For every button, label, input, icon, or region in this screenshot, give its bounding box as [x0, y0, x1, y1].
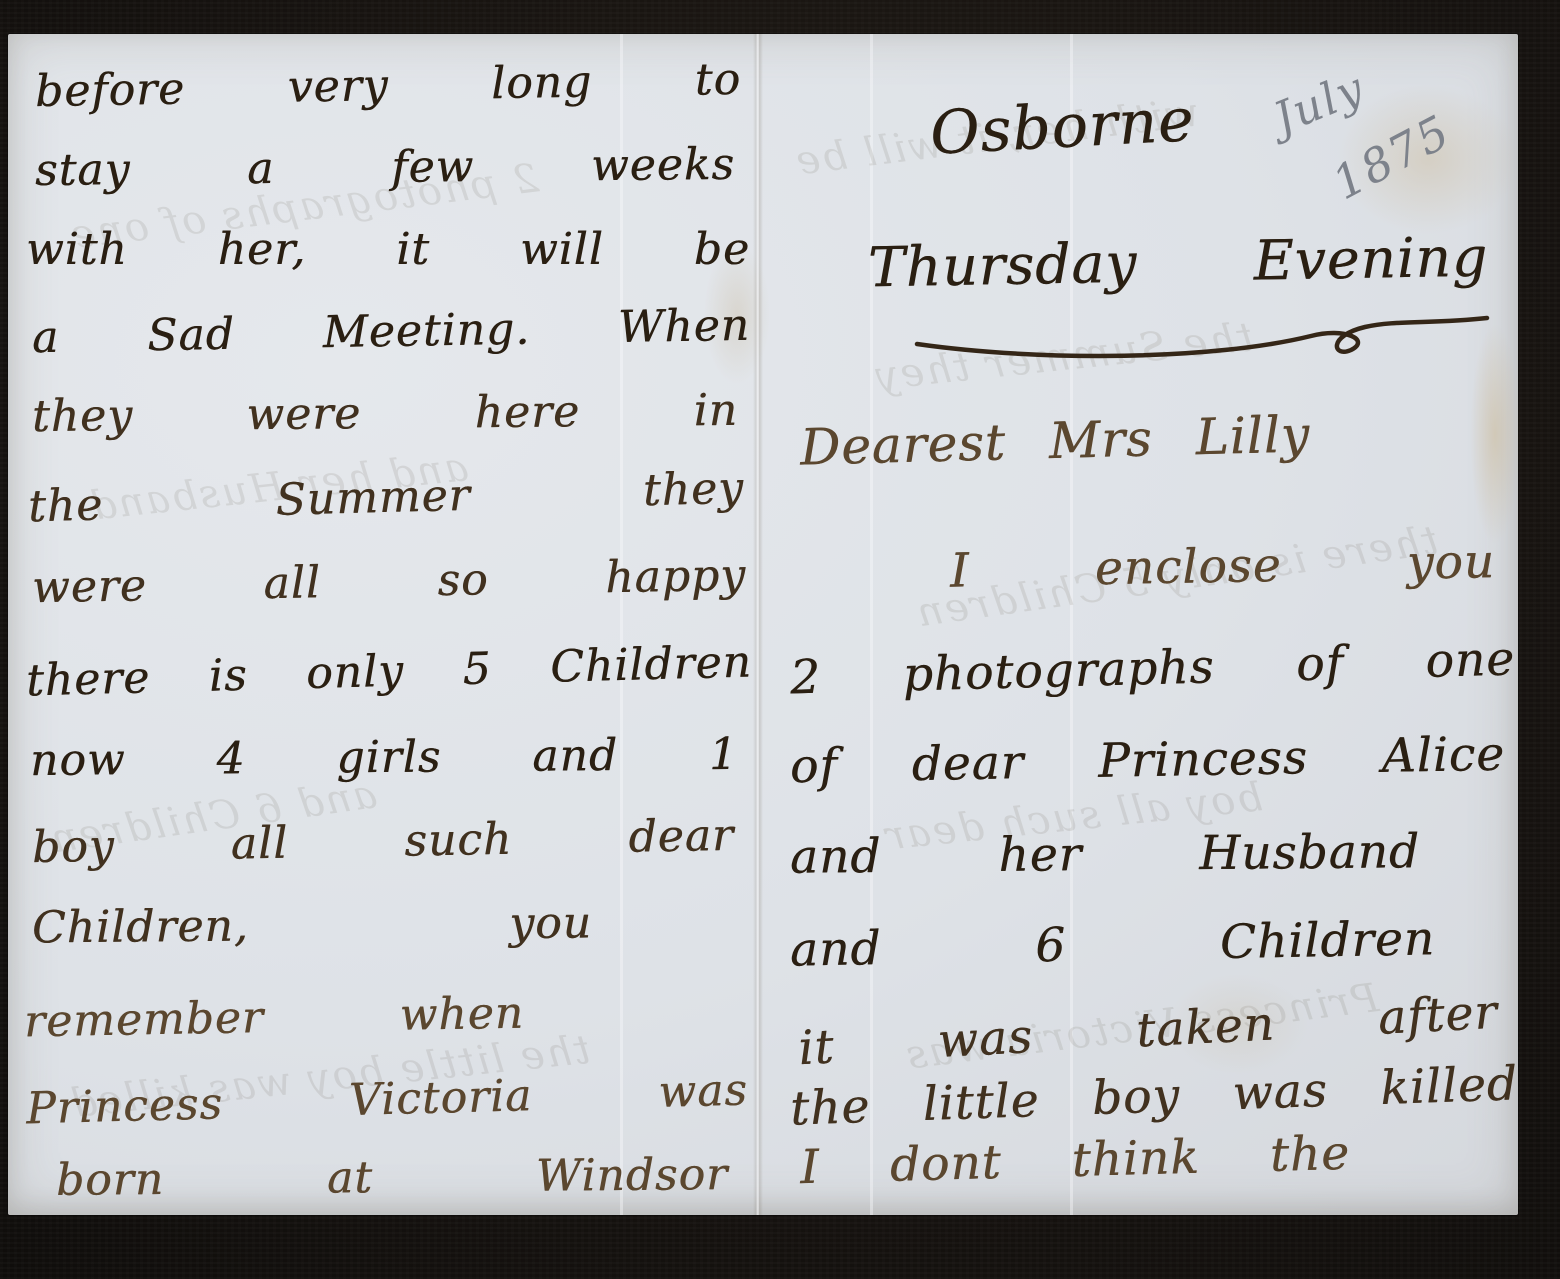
- handwriting-line: and her Husband: [790, 823, 1420, 887]
- letter-dateline: Thursday Evening: [867, 223, 1488, 303]
- fold-crease: [753, 34, 763, 1215]
- handwriting-line: 2 photographs of one: [789, 631, 1515, 709]
- handwriting-line: stay a few weeks: [35, 137, 735, 198]
- letter-salutation: Dearest Mrs Lilly: [799, 403, 1310, 479]
- handwriting-line: were all so happy: [32, 548, 747, 615]
- handwriting-line: the Summer they: [27, 461, 744, 535]
- handwriting-line: Princess Victoria was: [25, 1063, 748, 1137]
- handwriting-line: remember when: [24, 986, 525, 1050]
- handwriting-line: there is only 5 Children: [25, 635, 752, 709]
- pencil-date-month: July: [1267, 62, 1372, 144]
- letter-right-page: with her, it will be the Summer they the…: [763, 34, 1518, 1215]
- handwriting-line: I enclose you: [950, 533, 1496, 601]
- handwriting-line: boy all such dear: [32, 808, 735, 875]
- handwriting-line: Children, you: [32, 896, 592, 956]
- handwriting-line: before very long to: [35, 52, 742, 119]
- handwriting-line: and 6 Children: [790, 910, 1436, 980]
- handwriting-line: with her, it will be: [26, 222, 750, 277]
- letter-sheet: 2 photographs of one and her Husband and…: [8, 34, 1518, 1215]
- album-mount: 2 photographs of one and her Husband and…: [0, 0, 1560, 1279]
- handwriting-line: a Sad Meeting. When: [32, 298, 751, 366]
- flourish-underline: [913, 310, 1493, 366]
- handwriting-line: now 4 girls and 1: [30, 727, 738, 788]
- handwriting-line: they were here in: [32, 383, 738, 444]
- handwriting-line: of dear Princess Alice: [790, 726, 1506, 797]
- handwriting-line: born at Windsor: [56, 1147, 728, 1208]
- letter-left-page: 2 photographs of one and her Husband and…: [8, 34, 755, 1215]
- letter-place-heading: Osborne: [928, 79, 1271, 172]
